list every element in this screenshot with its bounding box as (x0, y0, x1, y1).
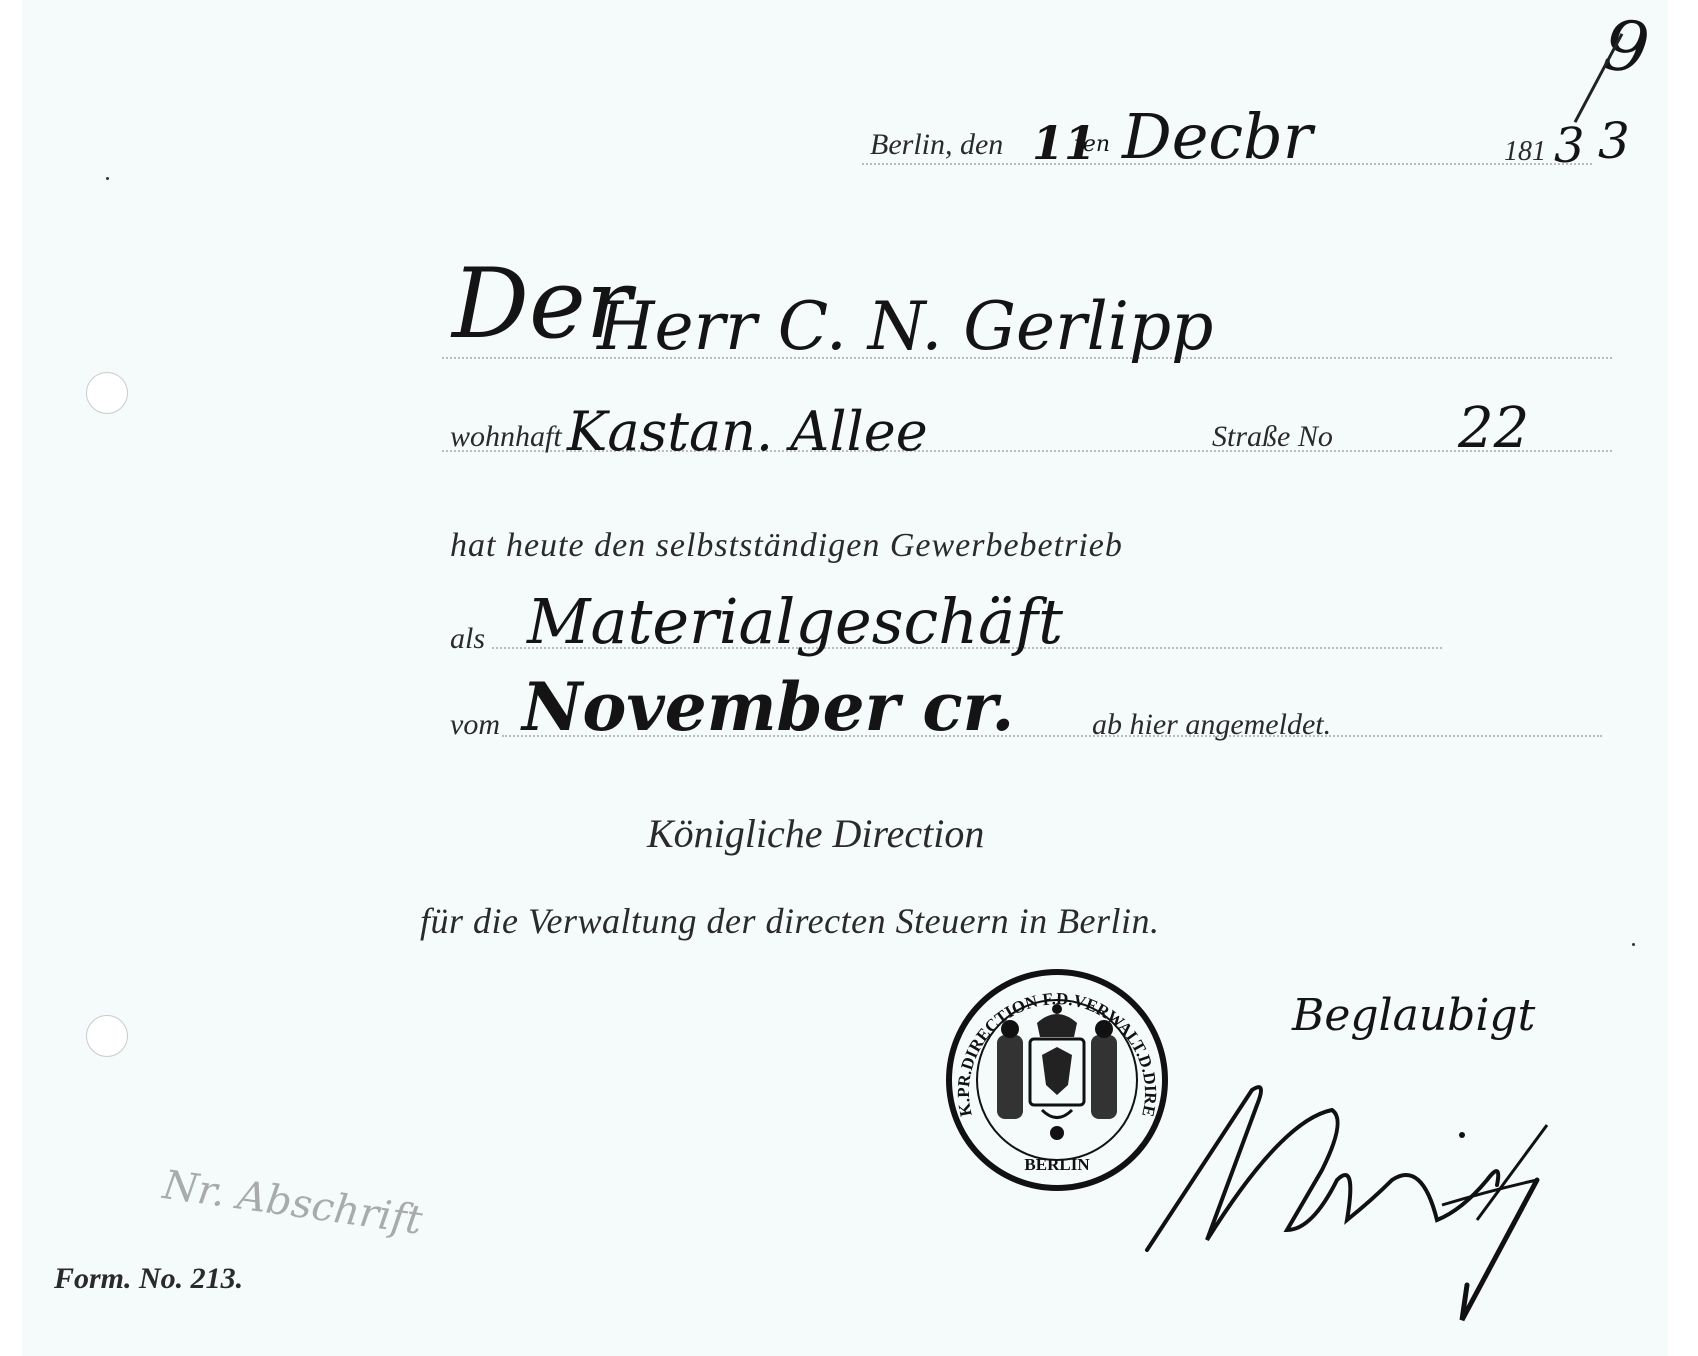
seal-ring-text: K.PR.DIRECTION F.D.VERWALT.D.DIRECT.STEU… (942, 965, 1160, 1118)
seal-bottom-text: BERLIN (1024, 1155, 1090, 1174)
address-street: Kastan. Allee (567, 400, 928, 463)
start-date-value: November cr. (522, 668, 1014, 746)
business-type-label: als (450, 622, 485, 656)
address-number: 22 (1458, 396, 1529, 461)
page-number-bottom: 3 (1598, 112, 1630, 170)
address-street-label: Straße No (1212, 420, 1333, 454)
recipient-name: Herr C. N. Gerlipp (597, 288, 1213, 365)
svg-text:K.PR.DIRECTION F.D.VERWALT.D.D: K.PR.DIRECTION F.D.VERWALT.D.DIRECT.STEU… (942, 965, 1160, 1118)
dateline-day-suffix: ten (1074, 132, 1110, 157)
start-date-label: vom (450, 708, 500, 742)
address-label: wohnhaft (450, 420, 562, 454)
dateline-year-printed: 181 (1504, 136, 1546, 168)
punch-hole-top (86, 372, 128, 414)
punch-hole-bottom (86, 1015, 128, 1057)
registration-statement: ab hier angemeldet. (1092, 708, 1331, 742)
signature: Moritz (1132, 1080, 1612, 1340)
faint-pencil-note: Nr. Abschrift (160, 1162, 425, 1244)
business-type-value: Materialgeschäft (527, 585, 1063, 658)
paper-speck (106, 177, 109, 180)
authority-line-1: Königliche Direction (647, 810, 984, 857)
business-statement: hat heute den selbstständigen Gewerbebet… (450, 527, 1123, 565)
dateline-month: Decbr (1122, 100, 1312, 173)
signature-text: Moritz (1132, 1080, 1135, 1081)
dateline-place: Berlin, den (870, 128, 1003, 162)
scanned-document-page: 9 3 Berlin, den 11 ten Decbr 181 3 Der H… (22, 0, 1668, 1356)
certification-text: Beglaubigt (1292, 990, 1535, 1041)
page-number-top: 9 (1599, 3, 1655, 90)
crest-icon (997, 1004, 1117, 1140)
authority-line-2: für die Verwaltung der directen Steuern … (420, 900, 1160, 942)
dateline-year-handwritten: 3 (1554, 118, 1585, 174)
form-number: Form. No. 213. (54, 1262, 243, 1296)
paper-speck (1632, 943, 1635, 946)
